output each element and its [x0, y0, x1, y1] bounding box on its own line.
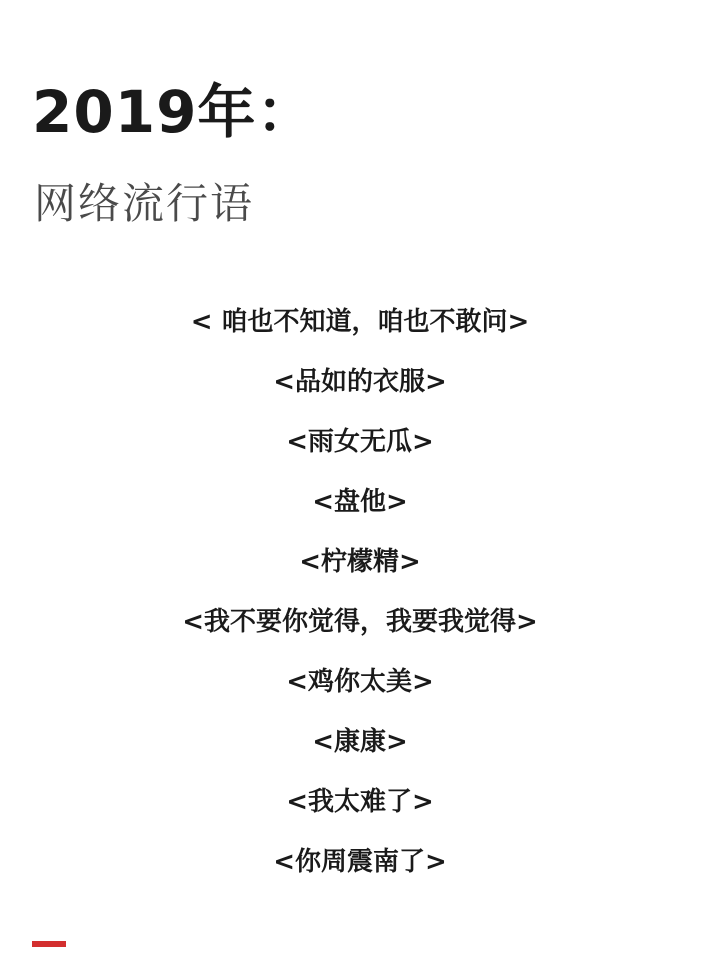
phrase-item: <盘他> [0, 472, 720, 532]
phrase-item: <你周震南了> [0, 832, 720, 892]
phrase-item: <康康> [0, 712, 720, 772]
page-title: 2019年： [32, 72, 315, 152]
phrase-list: < 咱也不知道，咱也不敢问> <品如的衣服> <雨女无瓜> <盘他> <柠檬精>… [0, 292, 720, 892]
phrase-item: <我不要你觉得，我要我觉得> [0, 592, 720, 652]
phrase-item: <鸡你太美> [0, 652, 720, 712]
phrase-item: <我太难了> [0, 772, 720, 832]
page-subtitle: 网络流行语 [34, 176, 254, 232]
phrase-item: <品如的衣服> [0, 352, 720, 412]
accent-bar [32, 941, 66, 947]
phrase-item: <雨女无瓜> [0, 412, 720, 472]
phrase-item: < 咱也不知道，咱也不敢问> [0, 292, 720, 352]
phrase-item: <柠檬精> [0, 532, 720, 592]
